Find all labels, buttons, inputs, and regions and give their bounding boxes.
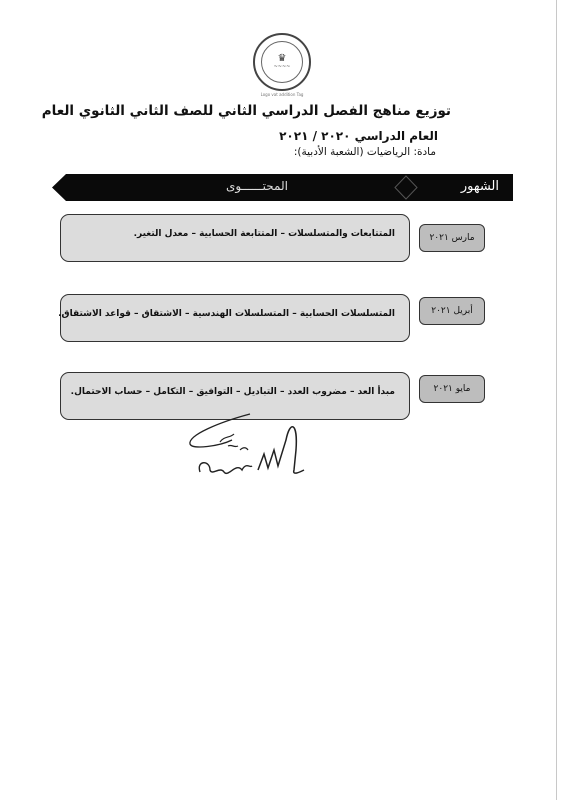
content-text: المتسلسلات الحسابية – المتسلسلات الهندسي… <box>58 309 395 319</box>
content-text: مبدأ العد – مضروب العدد – التباديل – الت… <box>71 387 395 397</box>
subject-label: مادة: الرياضيات (الشعبة الأدبية): <box>294 146 436 158</box>
content-cell: المتسلسلات الحسابية – المتسلسلات الهندسي… <box>60 294 410 342</box>
logo-caption: Logo vat addition Tag <box>258 92 306 97</box>
table-header: الشهور المحتــــــوى <box>52 174 513 201</box>
month-cell: مايو ٢٠٢١ <box>419 375 485 403</box>
signature-icon <box>180 410 320 490</box>
eagle-icon: ♛ <box>278 54 287 64</box>
logo-text: ~~~~ <box>274 64 291 70</box>
content-cell: المتتابعات والمتسلسلات – المتتابعة الحسا… <box>60 214 410 262</box>
month-text: مارس ٢٠٢١ <box>429 233 474 243</box>
month-text: مايو ٢٠٢١ <box>434 384 471 394</box>
header-content: المحتــــــوى <box>187 179 327 193</box>
content-text: المتتابعات والمتسلسلات – المتتابعة الحسا… <box>134 229 395 239</box>
month-cell: أبريل ٢٠٢١ <box>419 297 485 325</box>
ministry-logo: ♛ ~~~~ <box>253 33 311 91</box>
header-months: الشهور <box>461 179 499 194</box>
month-text: أبريل ٢٠٢١ <box>431 306 473 316</box>
table-row: المتسلسلات الحسابية – المتسلسلات الهندسي… <box>0 294 566 354</box>
academic-year: العام الدراسي ٢٠٢٠ / ٢٠٢١ <box>279 129 438 143</box>
table-row: المتتابعات والمتسلسلات – المتتابعة الحسا… <box>0 214 566 274</box>
document-title: توزيع مناهج الفصل الدراسي الثاني للصف ال… <box>42 103 451 119</box>
month-cell: مارس ٢٠٢١ <box>419 224 485 252</box>
